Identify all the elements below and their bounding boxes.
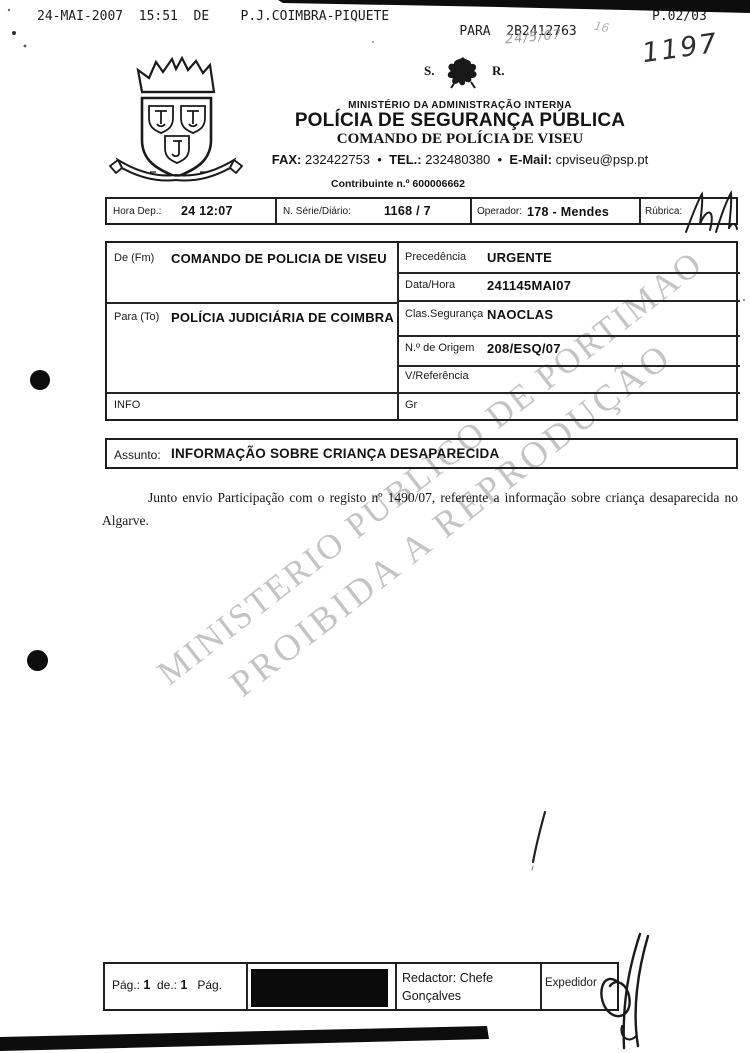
right-row-line-1 (397, 272, 740, 274)
fax-number: 232422753 (305, 152, 370, 167)
fax-label: FAX: (272, 152, 302, 167)
redacted-block (251, 969, 388, 1007)
contact-line: FAX: 232422753 • TEL.: 232480380 • E-Mai… (200, 152, 720, 167)
handwritten-small-note: 16 (593, 19, 611, 36)
pag-label: Pág.: (112, 978, 140, 992)
footer-divider-1 (246, 964, 248, 1009)
de-value: COMANDO DE POLICIA DE VISEU (171, 251, 387, 266)
dispatch-divider-3 (639, 199, 641, 223)
gr-label: Gr (405, 399, 417, 411)
bullet-separator-2: • (498, 152, 503, 167)
pag-value: 1 (143, 978, 150, 992)
taxpayer-line: Contribuinte n.º 600006662 (331, 178, 465, 190)
footer-divider-2 (395, 964, 397, 1009)
origem-value: 208/ESQ/07 (487, 341, 561, 356)
serie-value: 1168 / 7 (384, 204, 431, 218)
rubrica-signature (682, 188, 740, 236)
pen-slash-mark (523, 808, 551, 872)
pag-suffix: Pág. (197, 978, 222, 992)
organization-title: POLÍCIA DE SEGURANÇA PÚBLICA (258, 110, 662, 132)
redactor-cell: Redactor: Chefe Gonçalves (402, 970, 534, 1005)
de-count-label: de.: (157, 978, 177, 992)
subject-label: Assunto: (114, 448, 161, 462)
right-row-line-2 (397, 300, 740, 302)
footer-divider-3 (540, 964, 542, 1009)
precedencia-value: URGENTE (487, 250, 552, 265)
body-paragraph: Junto envio Participação com o registo n… (102, 486, 738, 532)
page-count-line: Pág.: 1 de.: 1 Pág. (112, 978, 222, 992)
sr-right-label: R. (492, 63, 505, 79)
dispatch-divider-1 (275, 199, 277, 223)
datahora-label: Data/Hora (405, 279, 455, 291)
rubrica-label: Rúbrica: (645, 206, 682, 217)
dispatch-divider-2 (470, 199, 472, 223)
footer-table: Pág.: 1 de.: 1 Pág. Redactor: Chefe Gonç… (103, 962, 619, 1011)
royal-emblem-icon (443, 56, 483, 90)
right-row-line-5 (397, 392, 740, 394)
de-label: De (Fm) (114, 252, 154, 264)
fax-page-counter: P.02/03 (652, 9, 707, 24)
hora-dep-value: 24 12:07 (181, 204, 233, 218)
dispatch-strip-table: Hora Dep.: 24 12:07 N. Série/Diário: 116… (105, 197, 738, 225)
command-line: COMANDO DE POLÍCIA DE VISEU (258, 131, 662, 148)
operador-value: 178 - Mendes (527, 205, 609, 219)
email-value: cpviseu@psp.pt (556, 152, 649, 167)
precedencia-label: Precedência (405, 251, 466, 263)
origem-label: N.º de Origem (405, 342, 474, 354)
left-row-line-2 (107, 392, 397, 394)
hora-dep-label: Hora Dep.: (113, 206, 161, 217)
right-row-line-4 (397, 365, 740, 367)
serie-label: N. Série/Diário: (283, 206, 351, 217)
bullet-separator-1: • (377, 152, 382, 167)
vref-label: V/Referência (405, 370, 469, 382)
de-count-value: 1 (180, 978, 187, 992)
classeg-value: NAOCLAS (487, 307, 553, 322)
punch-hole-top (30, 370, 50, 390)
handwritten-doc-number: 1197 (640, 28, 720, 69)
info-label: INFO (114, 399, 140, 411)
operador-label: Operador: (477, 206, 522, 217)
subject-box: Assunto: INFORMAÇÃO SOBRE CRIANÇA DESAPA… (105, 438, 738, 469)
right-row-line-3 (397, 335, 740, 337)
redactor-label: Redactor: (402, 971, 456, 985)
fax-para-label: PARA (459, 24, 490, 39)
expedidor-signature (588, 930, 676, 1052)
sr-left-label: S. (424, 63, 434, 79)
message-header-table: De (Fm) COMANDO DE POLICIA DE VISEU Para… (105, 241, 738, 421)
para-value: POLÍCIA JUDICIÁRIA DE COIMBRA (171, 310, 394, 325)
punch-hole-bottom (27, 650, 48, 671)
classeg-label: Clas.Segurança (405, 308, 483, 320)
email-label: E-Mail: (509, 152, 552, 167)
fax-header-from-line: 24-MAI-2007 15:51 DE P.J.COIMBRA-PIQUETE (37, 9, 389, 24)
datahora-value: 241145MAI07 (487, 278, 571, 293)
tel-number: 232480380 (425, 152, 490, 167)
tel-label: TEL.: (389, 152, 422, 167)
scanned-fax-document: MINISTERIO PUBLICO DE PORTIMAO PROIBIDA … (0, 0, 750, 1053)
left-row-line-1 (107, 302, 397, 304)
para-label: Para (To) (114, 311, 159, 323)
subject-value: INFORMAÇÃO SOBRE CRIANÇA DESAPARECIDA (171, 446, 499, 461)
